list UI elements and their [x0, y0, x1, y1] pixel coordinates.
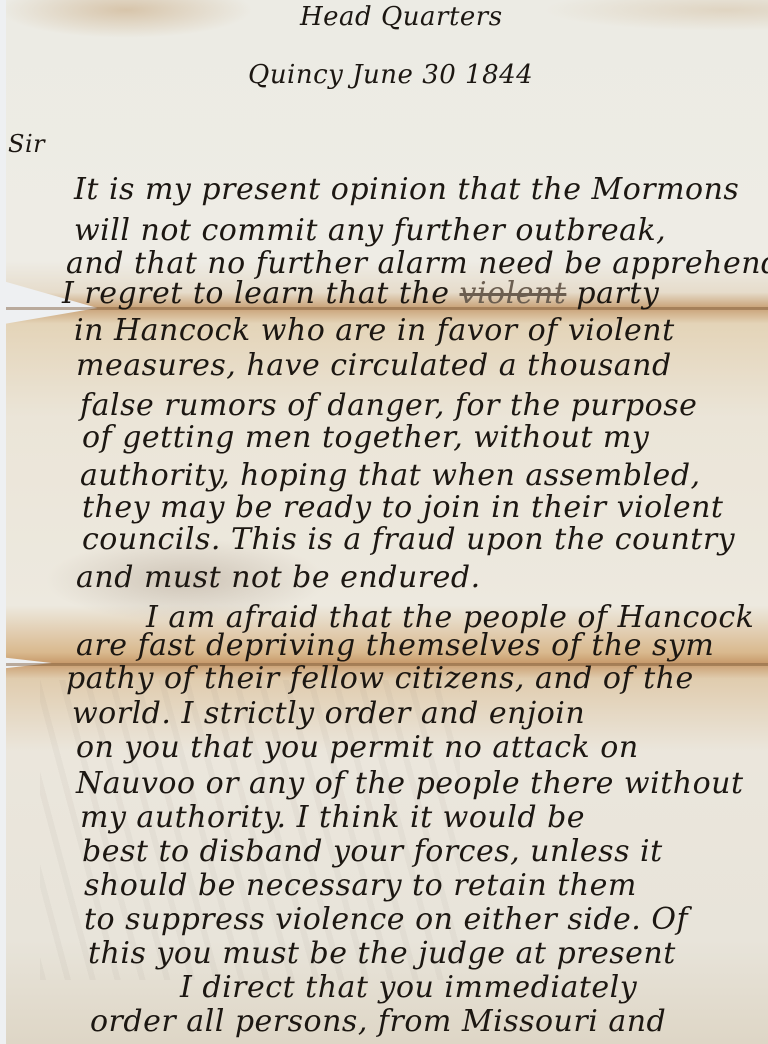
body-line: I direct that you immediately [180, 970, 637, 1005]
body-line: order all persons, from Missouri and [90, 1004, 666, 1039]
heading-date: Quincy June 30 1844 [248, 60, 533, 90]
body-line: should be necessary to retain them [84, 868, 637, 903]
body-line: pathy of their fellow citizens, and of t… [66, 661, 694, 696]
body-line: measures, have circulated a thousand [76, 348, 672, 383]
body-line: are fast depriving themselves of the sym [76, 628, 714, 663]
body-line: and must not be endured. [76, 560, 481, 595]
salutation: Sir [8, 130, 45, 158]
text-segment: I regret to learn that the [62, 276, 449, 311]
body-line: on you that you permit no attack on [76, 730, 639, 765]
body-line: authority, hoping that when assembled, [80, 458, 701, 493]
body-line: best to disband your forces, unless it [82, 834, 663, 869]
body-line: It is my present opinion that the Mormon… [74, 172, 739, 207]
body-line: Nauvoo or any of the people there withou… [76, 766, 744, 801]
body-line: false rumors of danger, for the purpose [80, 388, 697, 423]
body-line: I regret to learn that the violent party [62, 276, 659, 311]
body-line: will not commit any further outbreak, [74, 213, 666, 248]
body-line: this you must be the judge at present [88, 936, 676, 971]
body-line: of getting men together, without my [82, 420, 649, 455]
body-line: to suppress violence on either side. Of [84, 902, 688, 937]
body-line: my authority. I think it would be [80, 800, 585, 835]
body-line: in Hancock who are in favor of violent [74, 313, 675, 348]
body-line: councils. This is a fraud upon the count… [82, 522, 735, 557]
struck-out-word: violent [460, 276, 567, 311]
heading-place: Head Quarters [300, 2, 503, 32]
text-segment: party [576, 276, 659, 311]
body-line: they may be ready to join in their viole… [82, 490, 723, 525]
body-line: world. I strictly order and enjoin [72, 696, 585, 731]
